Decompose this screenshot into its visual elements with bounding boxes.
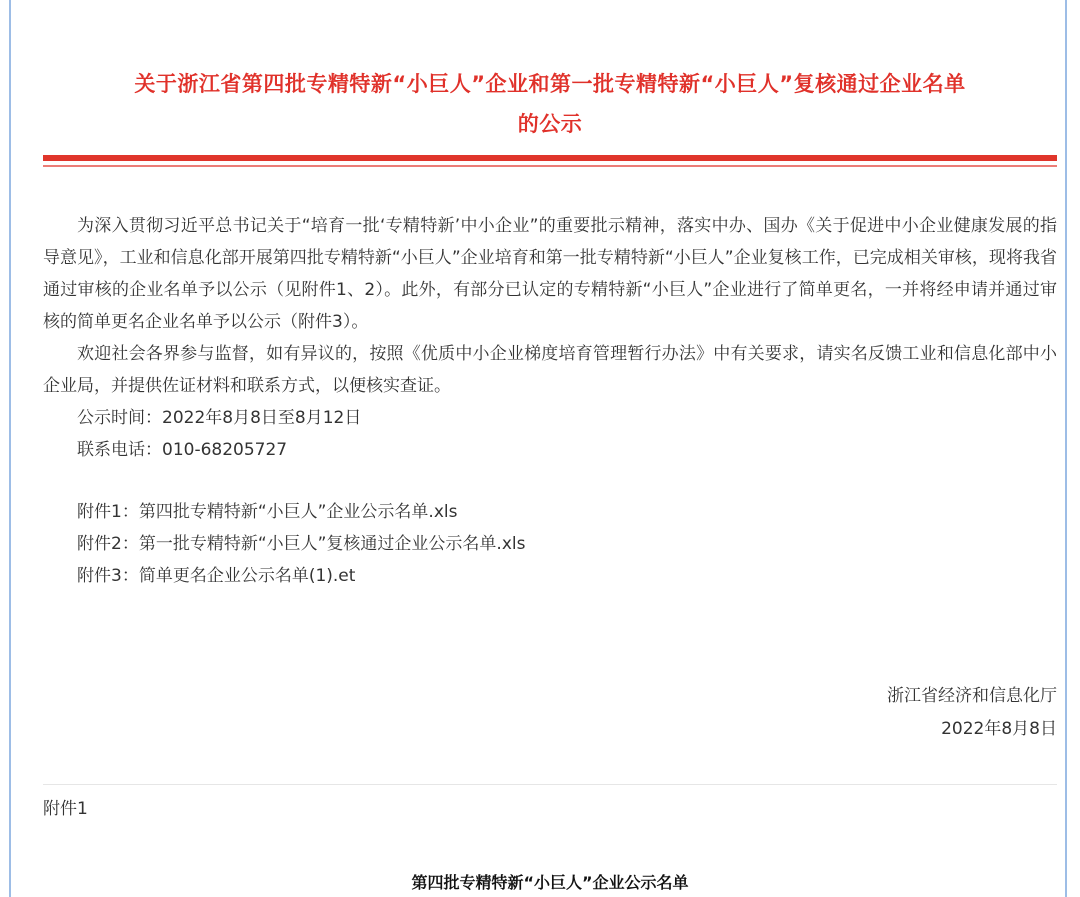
body-paragraph-supervision: 欢迎社会各界参与监督，如有异议的，按照《优质中小企业梯度培育管理暂行办法》中有关… — [43, 338, 1057, 402]
body-paragraph-intro: 为深入贯彻习近平总书记关于“培育一批‘专精特新’中小企业”的重要批示精神，落实中… — [43, 210, 1057, 338]
notice-period: 公示时间：2022年8月8日至8月12日 — [43, 402, 1057, 434]
section-divider — [43, 784, 1057, 785]
document-body: 为深入贯彻习近平总书记关于“培育一批‘专精特新’中小企业”的重要批示精神，落实中… — [43, 210, 1057, 592]
attachment-link-3[interactable]: 附件3：简单更名企业公示名单(1).et — [43, 560, 1057, 592]
appendix-label: 附件1 — [43, 796, 88, 822]
title-line-1: 关于浙江省第四批专精特新“小巨人”企业和第一批专精特新“小巨人”复核通过企业名单 — [43, 64, 1057, 104]
appendix-title: 第四批专精特新“小巨人”企业公示名单 — [43, 870, 1057, 896]
title-rule-thick — [43, 155, 1057, 161]
title-line-2: 的公示 — [43, 104, 1057, 144]
spacer — [43, 466, 1057, 496]
signature-block: 浙江省经济和信息化厅 2022年8月8日 — [887, 680, 1057, 746]
document-frame: 关于浙江省第四批专精特新“小巨人”企业和第一批专精特新“小巨人”复核通过企业名单… — [9, 0, 1067, 897]
contact-phone: 联系电话：010-68205727 — [43, 434, 1057, 466]
signature-date: 2022年8月8日 — [887, 713, 1057, 746]
document-title: 关于浙江省第四批专精特新“小巨人”企业和第一批专精特新“小巨人”复核通过企业名单… — [43, 64, 1057, 144]
attachment-link-1[interactable]: 附件1：第四批专精特新“小巨人”企业公示名单.xls — [43, 496, 1057, 528]
title-rule-thin — [43, 165, 1057, 167]
attachment-link-2[interactable]: 附件2：第一批专精特新“小巨人”复核通过企业公示名单.xls — [43, 528, 1057, 560]
signature-organization: 浙江省经济和信息化厅 — [887, 680, 1057, 713]
